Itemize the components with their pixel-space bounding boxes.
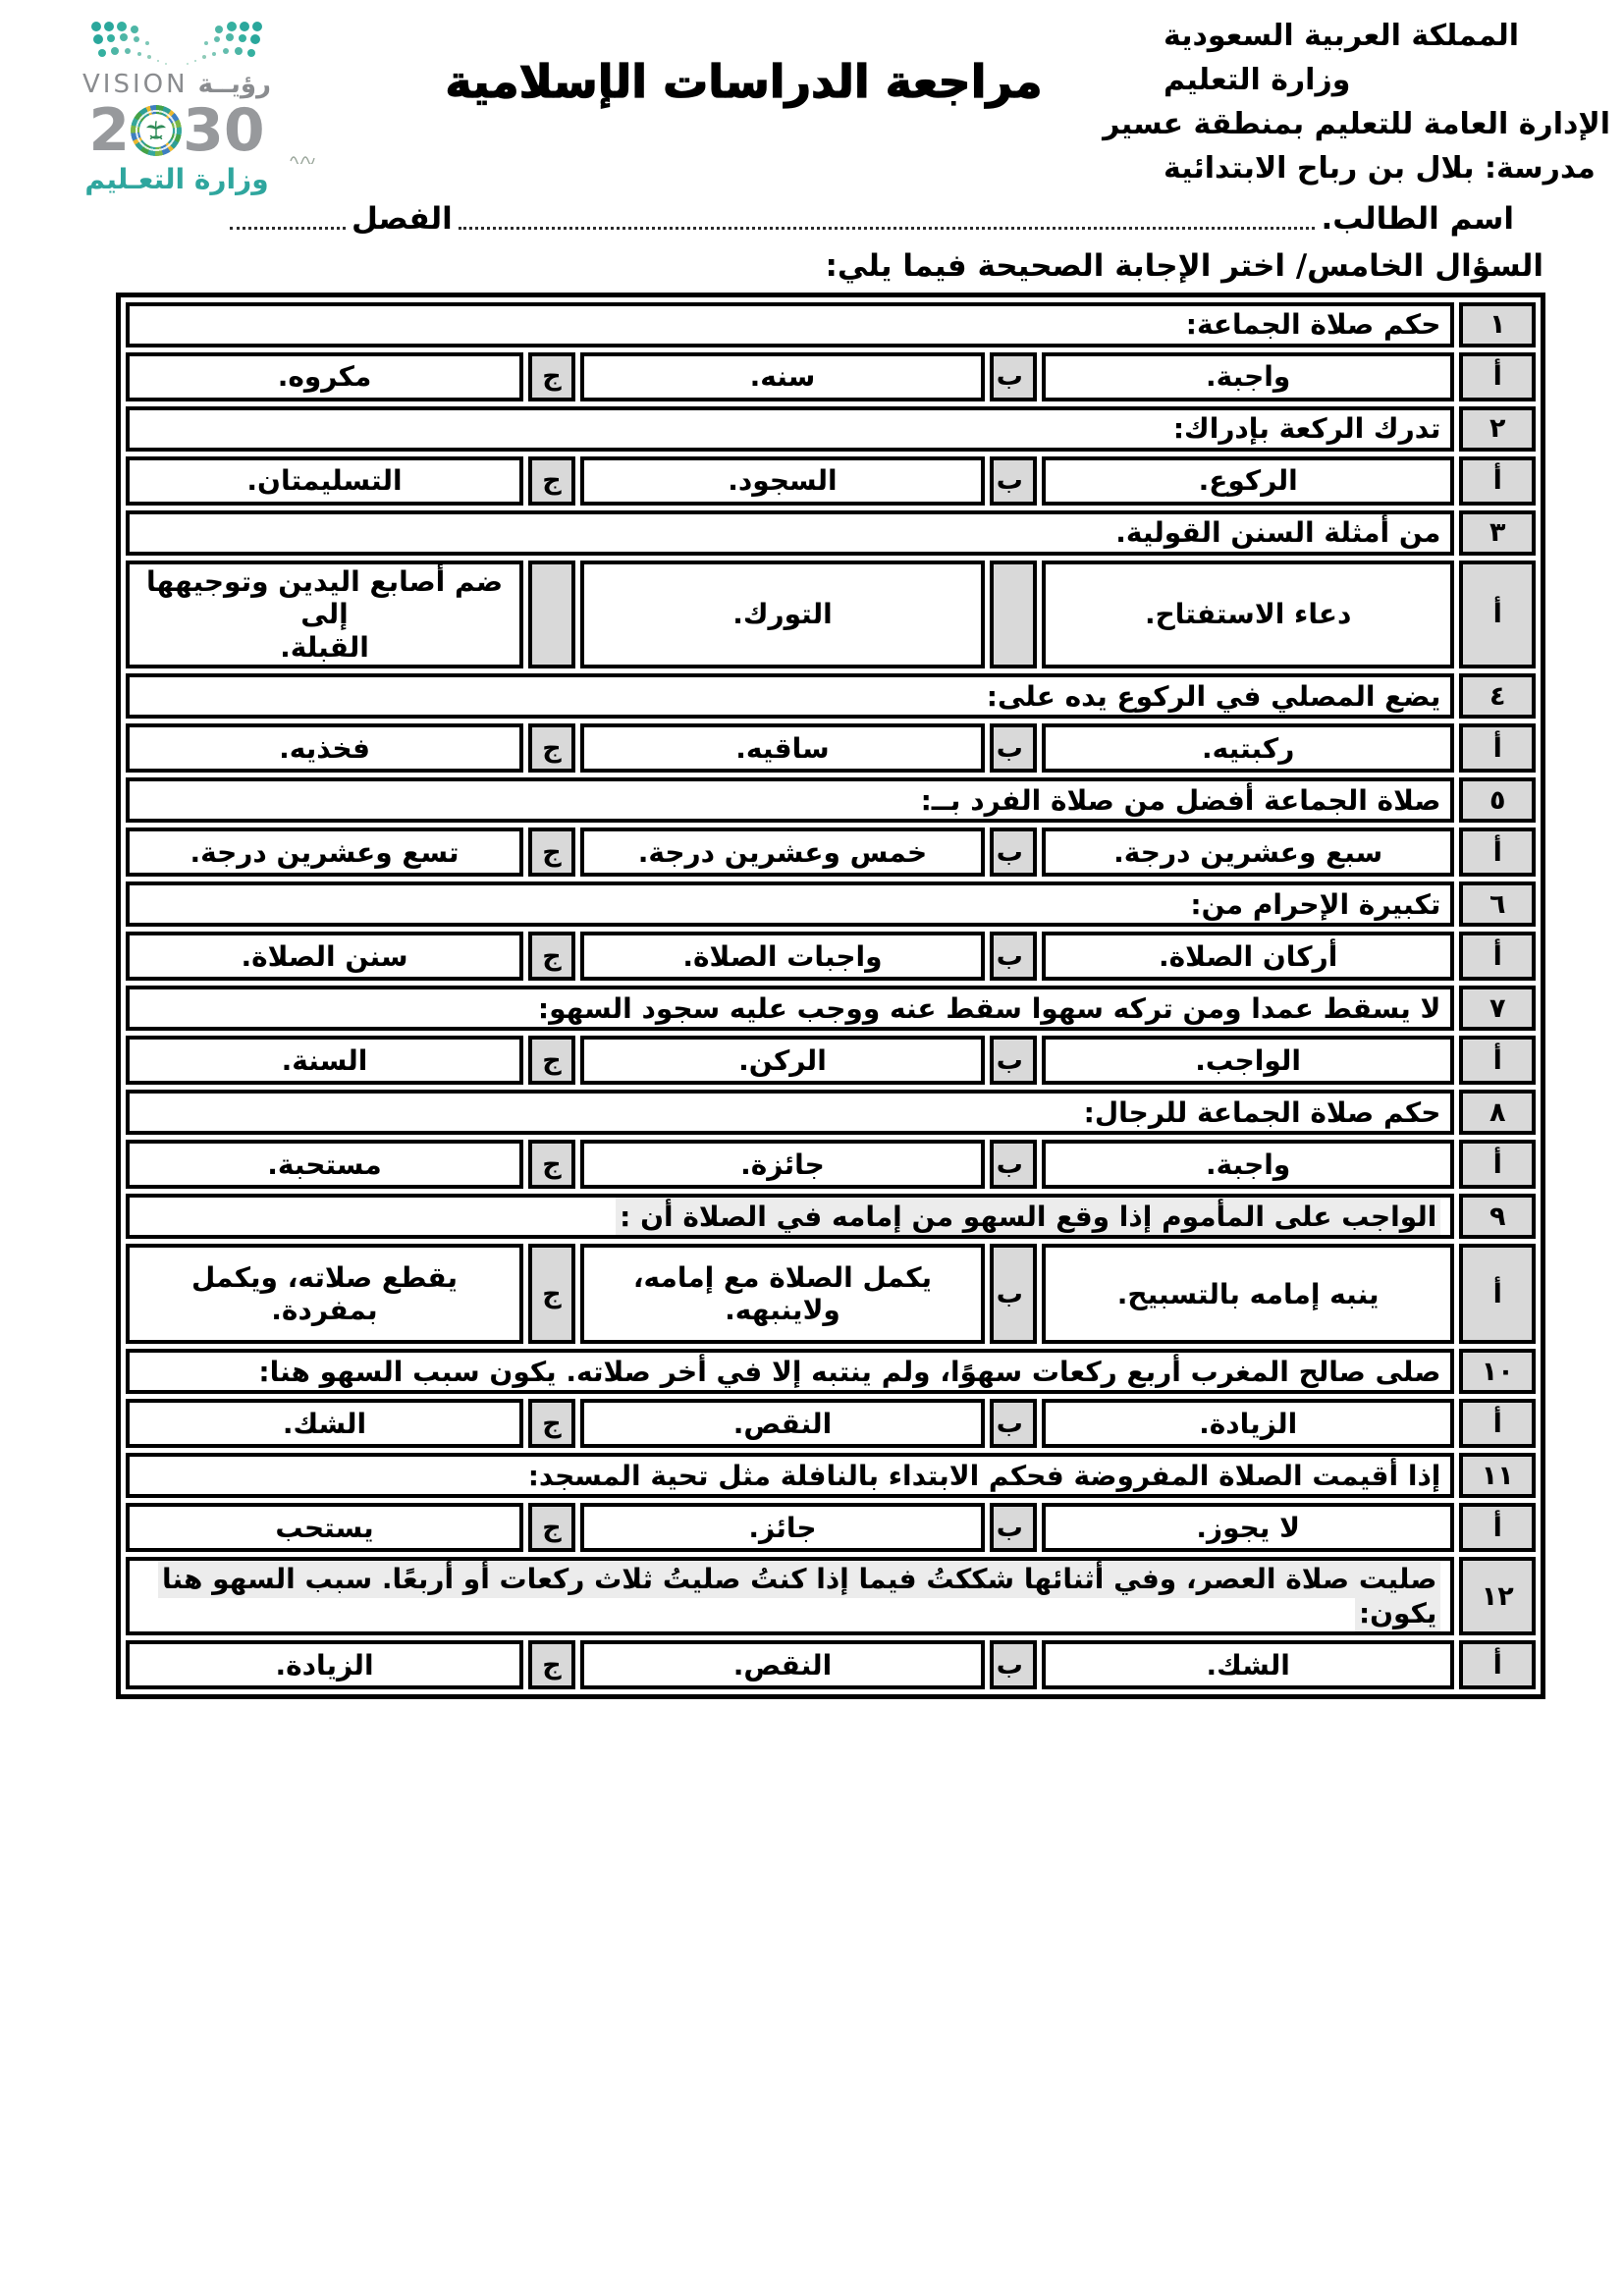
option-b-text[interactable]: التورك. (580, 561, 985, 669)
option-b-label: ب (990, 1640, 1037, 1689)
option-a-text[interactable]: سبع وعشرين درجة. (1042, 828, 1454, 877)
option-a-text[interactable]: الشك. (1042, 1640, 1454, 1689)
option-a-label: أ (1459, 723, 1536, 773)
question-number: ٨ (1459, 1090, 1536, 1135)
question-cell: يضع المصلي في الركوع يده على: (126, 673, 1454, 719)
option-c-text[interactable]: مستحبة. (126, 1140, 523, 1189)
answer-row: أ ينبه إمامه بالتسبيح. ب يكمل الصلاة مع … (126, 1244, 1536, 1344)
option-b-text[interactable]: جائز. (580, 1503, 985, 1552)
question-cell: تدرك الركعة بإدراك: (126, 406, 1454, 452)
answer-row: أ واجبة. ب سنه. ج مكروه. (126, 352, 1536, 401)
answer-row: أ الشك. ب النقص. ج الزيادة. (126, 1640, 1536, 1689)
ministry-line-administration: الإدارة العامة للتعليم بمنطقة عسير (1164, 102, 1610, 146)
vision-2030-logo: VISION رؤيــة 2 (29, 14, 324, 195)
question-row: ٩ الواجب على المأموم إذا وقع السهو من إم… (126, 1194, 1536, 1239)
option-a-label: أ (1459, 828, 1536, 877)
option-a-text[interactable]: دعاء الاستفتاح. (1042, 561, 1454, 669)
ministry-block: المملكة العربية السعودية وزارة التعليم ا… (1164, 14, 1610, 190)
option-a-text[interactable]: الركوع. (1042, 456, 1454, 506)
question-cell: إذا أقيمت الصلاة المفروضة فحكم الابتداء … (126, 1453, 1454, 1498)
question-cell: حكم صلاة الجماعة: (126, 302, 1454, 347)
worksheet-page: المملكة العربية السعودية وزارة التعليم ا… (0, 0, 1624, 2296)
answer-row: أ الركوع. ب السجود. ج التسليمتان. (126, 456, 1536, 506)
option-c-label: ج (528, 932, 575, 981)
question-row: ١٢ صليت صلاة العصر، وفي أثنائها شككتُ في… (126, 1557, 1536, 1635)
question-text: الواجب على المأموم إذا وقع السهو من إمام… (616, 1198, 1440, 1236)
answer-row: أ دعاء الاستفتاح. التورك. ضم أصابع اليدي… (126, 561, 1536, 669)
class-field[interactable] (230, 227, 346, 230)
option-c-label (528, 561, 575, 669)
option-b-text[interactable]: جائزة. (580, 1140, 985, 1189)
question-number: ٦ (1459, 881, 1536, 927)
option-b-text[interactable]: ساقيه. (580, 723, 985, 773)
question-row: ١ حكم صلاة الجماعة: (126, 302, 1536, 347)
option-b-label: ب (990, 456, 1037, 506)
option-b-label: ب (990, 1140, 1037, 1189)
option-a-text[interactable]: واجبة. (1042, 1140, 1454, 1189)
option-c-text[interactable]: يستحب (126, 1503, 523, 1552)
option-b-label: ب (990, 932, 1037, 981)
option-c-label: ج (528, 1503, 575, 1552)
option-a-text[interactable]: أركان الصلاة. (1042, 932, 1454, 981)
vision-en-text: VISION (82, 70, 189, 99)
vision-wordline: VISION رؤيــة (82, 70, 271, 99)
question-number: ٢ (1459, 406, 1536, 452)
option-c-text[interactable]: يقطع صلاته، ويكمل بمفردة. (126, 1244, 523, 1344)
question-text: صليت صلاة العصر، وفي أثنائها شككتُ فيما … (158, 1560, 1440, 1632)
option-b-label: ب (990, 1244, 1037, 1344)
option-a-text[interactable]: ينبه إمامه بالتسبيح. (1042, 1244, 1454, 1344)
option-b-label: ب (990, 723, 1037, 773)
option-c-text[interactable]: التسليمتان. (126, 456, 523, 506)
question-text: من أمثلة السنن القولية. (1115, 516, 1440, 549)
option-a-label: أ (1459, 1399, 1536, 1448)
option-b-label: ب (990, 1399, 1037, 1448)
question-row: ٨ حكم صلاة الجماعة للرجال: (126, 1090, 1536, 1135)
question-text: إذا أقيمت الصلاة المفروضة فحكم الابتداء … (528, 1460, 1441, 1492)
question-number: ١ (1459, 302, 1536, 347)
question-number: ٥ (1459, 777, 1536, 823)
option-c-label: ج (528, 723, 575, 773)
answer-row: أ لا يجوز. ب جائز. ج يستحب (126, 1503, 1536, 1552)
section-instruction: السؤال الخامس/ اختر الإجابة الصحيحة فيما… (0, 246, 1543, 286)
option-b-label: ب (990, 352, 1037, 401)
option-a-text[interactable]: الواجب. (1042, 1036, 1454, 1085)
question-number: ٧ (1459, 986, 1536, 1031)
option-c-label: ج (528, 1399, 575, 1448)
question-text: لا يسقط عمدا ومن تركه سهوا سقط عنه ووجب … (538, 992, 1440, 1025)
answer-row: أ الواجب. ب الركن. ج السنة. (126, 1036, 1536, 1085)
ministry-line-school: مدرسة: بلال بن رباح الابتدائية (1164, 146, 1610, 190)
question-number: ١١ (1459, 1453, 1536, 1498)
option-a-text[interactable]: واجبة. (1042, 352, 1454, 401)
question-number: ٣ (1459, 510, 1536, 556)
digit-30: 30 (183, 101, 265, 160)
option-c-label: ج (528, 1244, 575, 1344)
option-b-text[interactable]: واجبات الصلاة. (580, 932, 985, 981)
option-c-label: ج (528, 1640, 575, 1689)
answer-row: أ الزيادة. ب النقص. ج الشك. (126, 1399, 1536, 1448)
option-b-text[interactable]: النقص. (580, 1640, 985, 1689)
option-b-text[interactable]: خمس وعشرين درجة. (580, 828, 985, 877)
student-name-label: اسم الطالب. (1321, 199, 1514, 239)
question-text: تكبيرة الإحرام من: (1190, 888, 1440, 921)
option-a-label: أ (1459, 1140, 1536, 1189)
option-b-text[interactable]: سنه. (580, 352, 985, 401)
option-a-text[interactable]: ركبتيه. (1042, 723, 1454, 773)
year-2030: 2 30 (88, 101, 264, 160)
option-c-text[interactable]: ضم أصابع اليدين وتوجيهها إلى القبلة. (126, 561, 523, 669)
option-b-text[interactable]: النقص. (580, 1399, 985, 1448)
option-c-text[interactable]: سنن الصلاة. (126, 932, 523, 981)
option-c-label: ج (528, 1036, 575, 1085)
question-text: حكم صلاة الجماعة للرجال: (1084, 1096, 1441, 1129)
option-a-label: أ (1459, 1503, 1536, 1552)
logo-dots-wave-icon (91, 22, 263, 67)
option-a-label: أ (1459, 1244, 1536, 1344)
option-a-text[interactable]: الزيادة. (1042, 1399, 1454, 1448)
option-b-text[interactable]: الركن. (580, 1036, 985, 1085)
option-c-text[interactable]: تسع وعشرين درجة. (126, 828, 523, 877)
option-c-label: ج (528, 456, 575, 506)
answer-row: أ سبع وعشرين درجة. ب خمس وعشرين درجة. ج … (126, 828, 1536, 877)
student-name-field[interactable] (459, 227, 1316, 230)
option-a-label: أ (1459, 1640, 1536, 1689)
question-text: صلى صالح المغرب أربع ركعات سهوًا، ولم ين… (258, 1356, 1440, 1388)
option-c-text[interactable]: فخذيه. (126, 723, 523, 773)
question-text: صلاة الجماعة أفضل من صلاة الفرد بــ: (921, 784, 1441, 817)
question-cell: حكم صلاة الجماعة للرجال: (126, 1090, 1454, 1135)
option-b-label: ب (990, 1036, 1037, 1085)
student-info-line: اسم الطالب. الفصل (224, 199, 1514, 239)
option-a-label: أ (1459, 932, 1536, 981)
question-row: ٥ صلاة الجماعة أفضل من صلاة الفرد بــ: (126, 777, 1536, 823)
option-c-text[interactable]: السنة. (126, 1036, 523, 1085)
option-c-text[interactable]: الشك. (126, 1399, 523, 1448)
answer-row: أ ركبتيه. ب ساقيه. ج فخذيه. (126, 723, 1536, 773)
option-a-label: أ (1459, 1036, 1536, 1085)
question-row: ١٠ صلى صالح المغرب أربع ركعات سهوًا، ولم… (126, 1349, 1536, 1394)
vision-ar-text: رؤيــة (198, 70, 271, 99)
question-cell: من أمثلة السنن القولية. (126, 510, 1454, 556)
option-b-label: ب (990, 1503, 1037, 1552)
header: المملكة العربية السعودية وزارة التعليم ا… (0, 0, 1624, 195)
option-b-label: ب (990, 828, 1037, 877)
question-number: ١٢ (1459, 1557, 1536, 1635)
question-cell: تكبيرة الإحرام من: (126, 881, 1454, 927)
question-row: ٤ يضع المصلي في الركوع يده على: (126, 673, 1536, 719)
question-cell: صليت صلاة العصر، وفي أثنائها شككتُ فيما … (126, 1557, 1454, 1635)
questions-table: ١ حكم صلاة الجماعة: أ واجبة. ب سنه. ج مك… (116, 293, 1545, 1700)
question-row: ٣ من أمثلة السنن القولية. (126, 510, 1536, 556)
option-c-text[interactable]: مكروه. (126, 352, 523, 401)
question-number: ٤ (1459, 673, 1536, 719)
ministry-line-country: المملكة العربية السعودية (1164, 14, 1610, 58)
question-row: ٧ لا يسقط عمدا ومن تركه سهوا سقط عنه ووج… (126, 986, 1536, 1031)
page-title: مراجعة الدراسات الإسلامية (324, 14, 1164, 108)
question-cell: الواجب على المأموم إذا وقع السهو من إمام… (126, 1194, 1454, 1239)
question-cell: لا يسقط عمدا ومن تركه سهوا سقط عنه ووجب … (126, 986, 1454, 1031)
question-row: ١١ إذا أقيمت الصلاة المفروضة فحكم الابتد… (126, 1453, 1536, 1498)
option-c-text[interactable]: الزيادة. (126, 1640, 523, 1689)
ministry-line-ministry: وزارة التعليم (1164, 58, 1610, 102)
option-c-label: ج (528, 1140, 575, 1189)
option-c-label: ج (528, 352, 575, 401)
option-b-text[interactable]: يكمل الصلاة مع إمامه، ولاينبهه. (580, 1244, 985, 1344)
option-b-label (990, 561, 1037, 669)
question-row: ٢ تدرك الركعة بإدراك: (126, 406, 1536, 452)
answer-row: أ واجبة. ب جائزة. ج مستحبة. (126, 1140, 1536, 1189)
digit-2: 2 (88, 101, 130, 160)
option-c-label: ج (528, 828, 575, 877)
mosaic-emblem-icon (131, 105, 182, 156)
option-a-label: أ (1459, 456, 1536, 506)
question-text: حكم صلاة الجماعة: (1186, 308, 1441, 341)
question-number: ١٠ (1459, 1349, 1536, 1394)
ministry-wordmark: وزارة التعـليم (84, 163, 268, 195)
option-a-label: أ (1459, 561, 1536, 669)
question-cell: صلاة الجماعة أفضل من صلاة الفرد بــ: (126, 777, 1454, 823)
question-row: ٦ تكبيرة الإحرام من: (126, 881, 1536, 927)
class-label: الفصل (352, 199, 453, 239)
option-b-text[interactable]: السجود. (580, 456, 985, 506)
question-cell: صلى صالح المغرب أربع ركعات سهوًا، ولم ين… (126, 1349, 1454, 1394)
question-text: يضع المصلي في الركوع يده على: (987, 680, 1441, 713)
question-number: ٩ (1459, 1194, 1536, 1239)
option-a-label: أ (1459, 352, 1536, 401)
option-a-text[interactable]: لا يجوز. (1042, 1503, 1454, 1552)
question-text: تدرك الركعة بإدراك: (1173, 412, 1441, 445)
answer-row: أ أركان الصلاة. ب واجبات الصلاة. ج سنن ا… (126, 932, 1536, 981)
signature-scribble (290, 149, 315, 168)
